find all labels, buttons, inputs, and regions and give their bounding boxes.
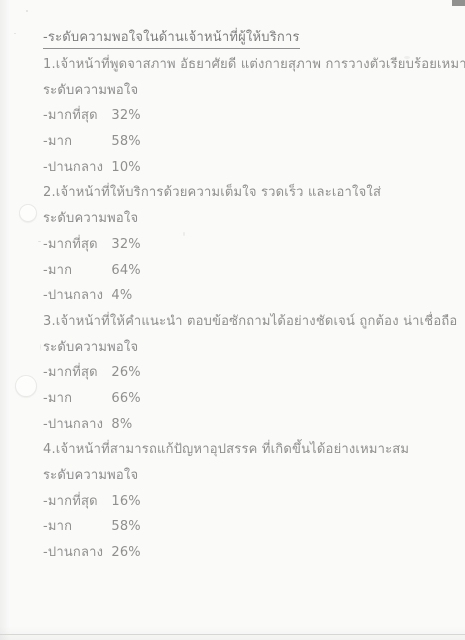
scan-speck xyxy=(14,33,16,34)
rating-value: 58% xyxy=(111,519,141,534)
section-3-rating-most: -มากที่สุด 26% xyxy=(43,361,441,387)
rating-value: 26% xyxy=(111,365,141,380)
section-1-rating-medium: -ปานกลาง 10% xyxy=(43,156,441,182)
rating-label: -ปานกลาง xyxy=(43,413,107,434)
scan-speck xyxy=(404,56,410,59)
rating-label: -ปานกลาง xyxy=(43,541,107,562)
section-2-question: 2.เจ้าหน้าที่ให้บริการด้วยความเต็มใจ รวด… xyxy=(43,181,441,207)
title-line: -ระดับความพอใจในด้านเจ้าหน้าที่ผู้ให้บริ… xyxy=(43,26,441,53)
section-4-rating-much: -มาก 58% xyxy=(43,515,441,541)
rating-label: -มาก xyxy=(43,259,107,280)
section-3-rating-medium: -ปานกลาง 8% xyxy=(43,413,441,439)
rating-label: -มากที่สุด xyxy=(43,233,107,254)
rating-label: -มาก xyxy=(43,515,107,536)
section-3-rating-much: -มาก 66% xyxy=(43,387,441,413)
rating-value: 16% xyxy=(111,494,141,509)
rating-label: -มากที่สุด xyxy=(43,361,107,382)
rating-label: -มากที่สุด xyxy=(43,490,107,511)
section-2-level-heading: ระดับความพอใจ xyxy=(43,207,441,233)
rating-label: -ปานกลาง xyxy=(43,156,107,177)
rating-label: -ปานกลาง xyxy=(43,284,107,305)
scan-speck xyxy=(183,232,185,236)
section-4-level-heading: ระดับความพอใจ xyxy=(43,464,441,490)
document-content: -ระดับความพอใจในด้านเจ้าหน้าที่ผู้ให้บริ… xyxy=(43,26,441,567)
section-3-level-heading: ระดับความพอใจ xyxy=(43,336,441,362)
rating-value: 64% xyxy=(111,263,141,278)
rating-value: 26% xyxy=(111,545,141,560)
rating-value: 32% xyxy=(111,237,141,252)
rating-label: -มาก xyxy=(43,130,107,151)
scan-speck xyxy=(38,241,41,242)
hole-punch-bottom xyxy=(15,375,37,397)
page-title: -ระดับความพอใจในด้านเจ้าหน้าที่ผู้ให้บริ… xyxy=(43,26,300,49)
section-3-question: 3.เจ้าหน้าที่ให้คำแนะนำ ตอบข้อซักถามได้อ… xyxy=(43,310,441,336)
section-2-rating-most: -มากที่สุด 32% xyxy=(43,233,441,259)
section-4-rating-most: -มากที่สุด 16% xyxy=(43,490,441,516)
rating-value: 58% xyxy=(111,134,141,149)
rating-label: -มากที่สุด xyxy=(43,104,107,125)
rating-value: 4% xyxy=(111,288,132,303)
scan-speck xyxy=(40,344,41,350)
rating-value: 10% xyxy=(111,160,141,175)
section-1-level-heading: ระดับความพอใจ xyxy=(43,79,441,105)
hole-punch-top xyxy=(19,204,37,222)
scan-speck xyxy=(26,10,28,12)
rating-value: 66% xyxy=(111,391,141,406)
section-1-rating-much: -มาก 58% xyxy=(43,130,441,156)
page-bottom-edge xyxy=(0,634,465,635)
scan-corner-mark xyxy=(452,0,465,6)
section-4-rating-medium: -ปานกลาง 26% xyxy=(43,541,441,567)
section-1-rating-most: -มากที่สุด 32% xyxy=(43,104,441,130)
scanned-document-page: -ระดับความพอใจในด้านเจ้าหน้าที่ผู้ให้บริ… xyxy=(0,0,465,640)
section-2-rating-much: -มาก 64% xyxy=(43,259,441,285)
section-2-rating-medium: -ปานกลาง 4% xyxy=(43,284,441,310)
rating-value: 8% xyxy=(111,417,132,432)
rating-label: -มาก xyxy=(43,387,107,408)
section-4-question: 4.เจ้าหน้าที่สามารถแก้ปัญหาอุปสรรค ที่เก… xyxy=(43,438,441,464)
rating-value: 32% xyxy=(111,108,141,123)
section-1-question: 1.เจ้าหน้าที่พูดจาสภาพ อัธยาศัยดี แต่งกา… xyxy=(43,53,441,79)
